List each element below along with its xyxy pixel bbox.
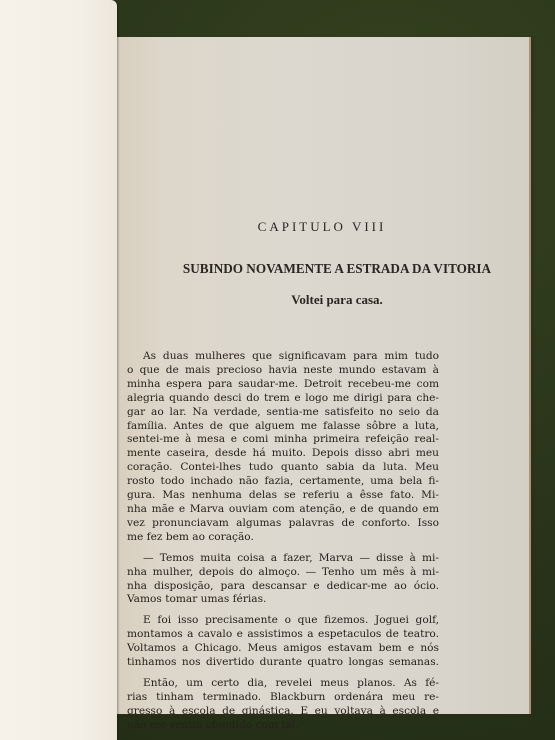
chapter-title: SUBINDO NOVAMENTE A ESTRADA DA VITORIA	[133, 261, 529, 277]
text-line: me fez bem ao coração.	[127, 531, 439, 545]
paragraph: Então, um certo dia, revelei meus planos…	[127, 677, 439, 733]
text-line: família. Antes de que alguem me falasse …	[127, 420, 439, 434]
text-line: alegria quando desci do trem e logo me d…	[127, 392, 439, 406]
chapter-heading: CAPITULO VIII	[115, 219, 529, 235]
text-line: nha disposição, para descansar e dedicar…	[127, 580, 439, 594]
paragraph: — Temos muita coisa a fazer, Marva — dis…	[127, 552, 439, 608]
text-line: não me sentia ofendido com tal.	[127, 719, 439, 733]
text-line: rias tinham terminado. Blackburn ordenár…	[127, 691, 439, 705]
paragraph: E foi isso precisamente o que fizemos. J…	[127, 614, 439, 670]
text-line: gresso à escola de ginástica. E eu volta…	[127, 705, 439, 719]
text-line: gar ao lar. Na verdade, sentia-me satisf…	[127, 406, 439, 420]
text-line: gura. Mas nenhuma delas se referiu a êss…	[127, 489, 439, 503]
text-line: mente caseira, desde há muito. Depois di…	[127, 447, 439, 461]
text-line: E foi isso precisamente o que fizemos. J…	[127, 614, 439, 628]
text-line: sentei-me à mesa e comi minha primeira r…	[127, 433, 439, 447]
text-line: Vamos tomar umas férias.	[127, 593, 439, 607]
text-line: nha mãe e Marva ouviam com atenção, e de…	[127, 503, 439, 517]
text-line: Voltamos a Chicago. Meus amigos estavam …	[127, 642, 439, 656]
body-text: As duas mulheres que significavam para m…	[127, 350, 439, 740]
text-line: o que de mais precioso havia neste mundo…	[127, 364, 439, 378]
text-line: vez pronunciavam algumas palavras de con…	[127, 517, 439, 531]
text-line: montamos a cavalo e assistimos a espetac…	[127, 628, 439, 642]
text-line: rosto todo inchado não fazia, certamente…	[127, 475, 439, 489]
text-line: As duas mulheres que significavam para m…	[127, 350, 439, 364]
text-line: Então, um certo dia, revelei meus planos…	[127, 677, 439, 691]
left-blank-page	[0, 0, 117, 740]
text-line: — Temos muita coisa a fazer, Marva — dis…	[127, 552, 439, 566]
text-line: minha espera para saudar-me. Detroit rec…	[127, 378, 439, 392]
text-line: nha mulher, depois do almoço. — Tenho um…	[127, 566, 439, 580]
text-line: tinhamos nos divertido durante quatro lo…	[127, 656, 439, 670]
paragraph: As duas mulheres que significavam para m…	[127, 350, 439, 545]
book-page: CAPITULO VIII SUBINDO NOVAMENTE A ESTRAD…	[115, 37, 531, 714]
lead-line: Voltei para casa.	[115, 292, 529, 308]
text-line: coração. Contei-lhes tudo quanto sabia d…	[127, 461, 439, 475]
